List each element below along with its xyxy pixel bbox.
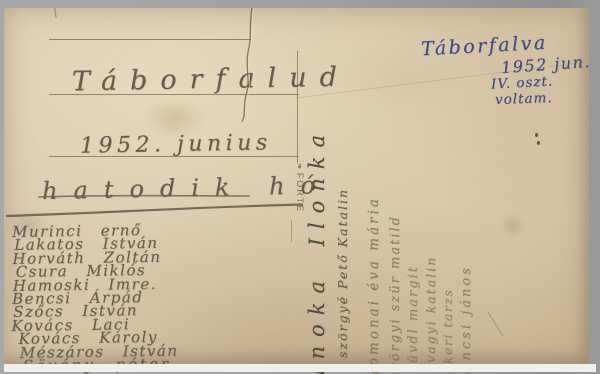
- handwritten-date: 1952. junius: [80, 130, 272, 158]
- pencil-dot: [537, 141, 540, 145]
- printed-divider-line: [291, 220, 292, 242]
- ink-note-verb: voltam.: [495, 90, 553, 108]
- vertical-name-column: györgyi szür matild: [388, 215, 403, 374]
- vertical-name-column: sekeri tarzs: [440, 289, 455, 374]
- handwritten-name-list: Murinci ernő Lakatos István Horváth Zolt…: [12, 222, 284, 373]
- vertical-name-column: unoka Ilonka: [310, 126, 325, 374]
- vertical-name-column: szüvdl margit: [406, 265, 421, 374]
- vertical-name-column: vincsi jános: [459, 265, 474, 374]
- vertical-name-column: zavagyi katalin: [423, 256, 438, 374]
- postcard-back: ❧FORTE Táborfalud 1952. junius hatodik h…: [4, 8, 589, 364]
- vertical-name-column: Homonai éva mária: [367, 196, 382, 374]
- handwritten-place-name: Táborfalud: [72, 62, 350, 98]
- printed-address-line: [49, 39, 251, 40]
- forte-logo-icon: ❧: [295, 163, 304, 170]
- paper-stain: [501, 212, 525, 240]
- vertical-name-column: szörgyé Pető Katalin: [335, 188, 350, 358]
- scanned-postcard-photo: ❧FORTE Táborfalud 1952. junius hatodik h…: [0, 0, 600, 374]
- handwritten-subject: hatodik hó: [42, 171, 332, 205]
- pencil-dot: [535, 133, 538, 137]
- scan-edge-strip: [4, 364, 596, 372]
